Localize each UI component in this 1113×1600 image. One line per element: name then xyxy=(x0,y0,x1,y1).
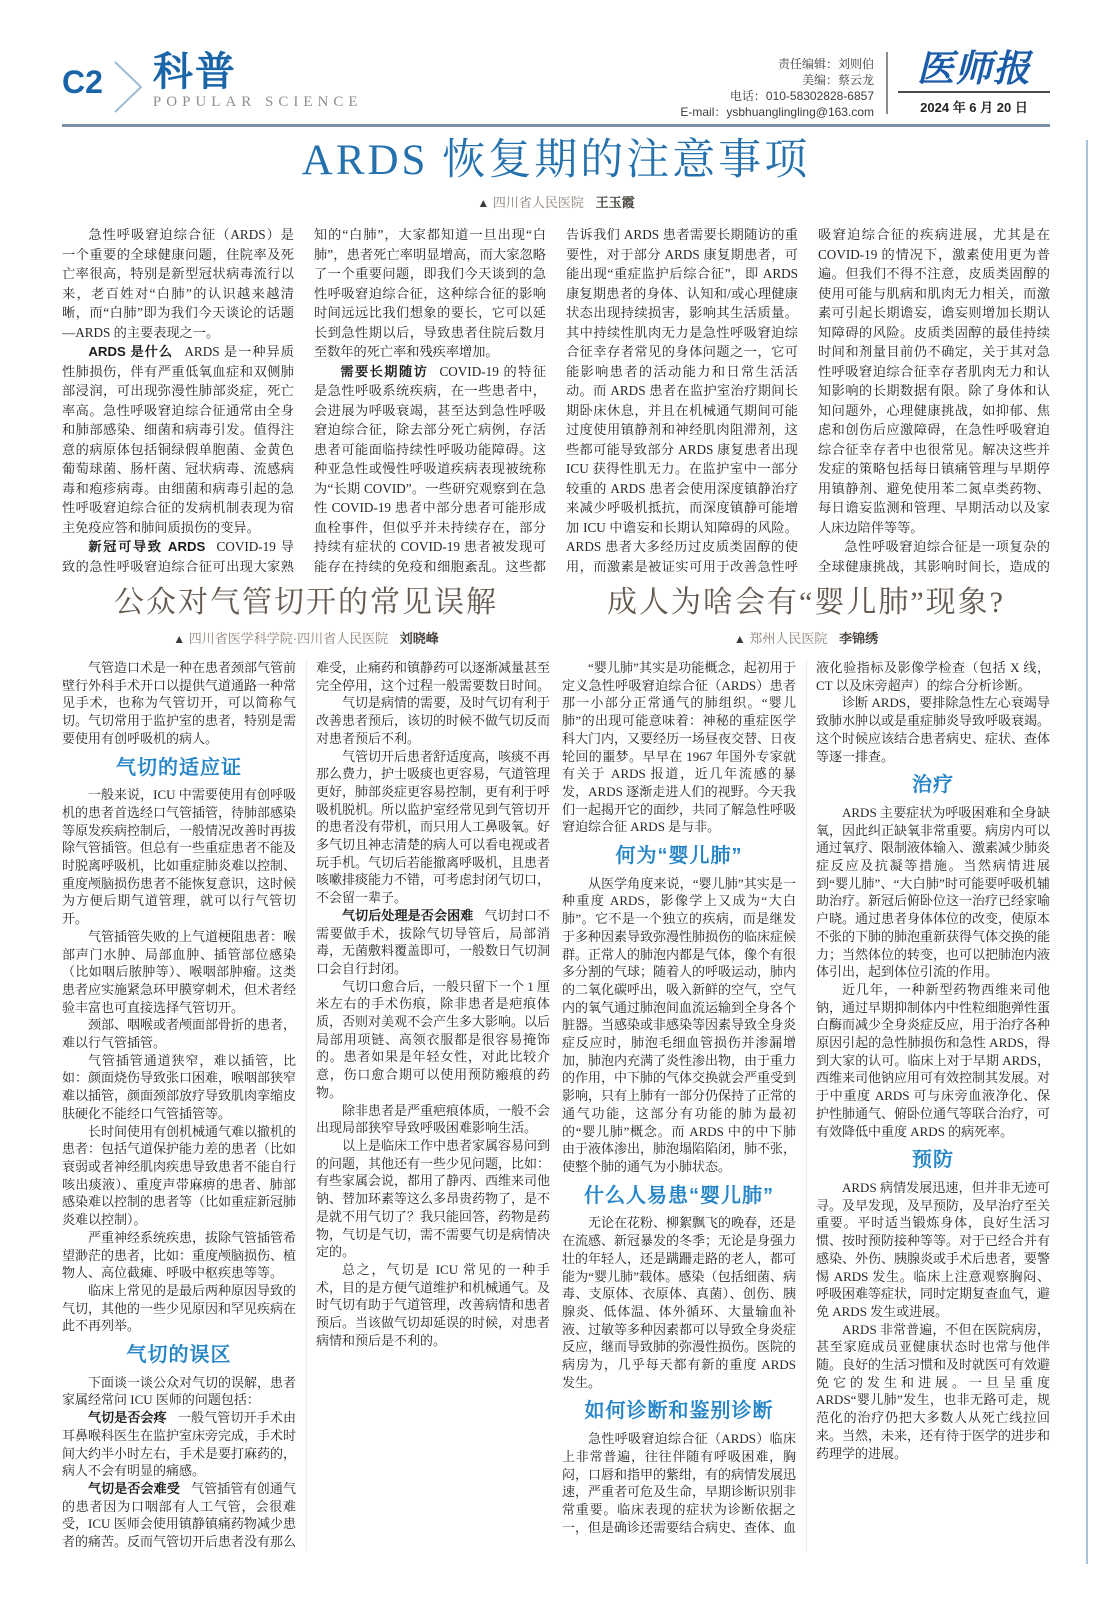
main-article-byline: ▲ 四川省人民医院 王玉霞 xyxy=(62,192,1050,211)
paragraph: 一般来说，ICU 中需要使用有创呼吸机的患者首选经口气管插管，待肺部感染等原发疾… xyxy=(62,786,296,928)
page-edge-rule xyxy=(1086,140,1088,1564)
right-article-byline: ▲ 郑州人民医院 李锦绣 xyxy=(562,628,1050,647)
paragraph-lead: 新冠可导致 ARDS xyxy=(88,539,205,554)
byline-organization: 四川省医学科学院·四川省人民医院 xyxy=(189,631,388,646)
column-subheading: 治疗 xyxy=(816,777,1050,795)
section-name-en: POPULAR SCIENCE xyxy=(153,94,363,111)
paragraph: “婴儿肺”其实是功能概念，起初用于定义急性呼吸窘迫综合征（ARDS）患者那一小部… xyxy=(562,659,796,836)
left-article-body: 气管造口术是一种在患者颈部气管前壁行外科手术开口以提供气道通路一种常见手术，也称… xyxy=(62,659,550,1551)
paragraph: 气切口愈合后，一般只留下一个 1 厘米左右的手术伤痕，除非患者是疤痕体质，否则对… xyxy=(316,978,550,1102)
paragraph: 气切是否会疼一般气管切开手术由耳鼻喉科医生在监护室床旁完成，手术时间大约半小时左… xyxy=(62,1409,296,1480)
paragraph: 近几年，一种新型药物西维来司他钠，通过早期抑制体内中性粒细胞弹性蛋白酶而减少全身… xyxy=(816,981,1050,1140)
paragraph-lead: 气切后处理是否会困难 xyxy=(342,908,473,923)
paragraph-lead: 需要长期随访 xyxy=(340,364,428,379)
right-article-title: 成人为啥会有“婴儿肺”现象? xyxy=(562,586,1050,620)
column-subheading: 气切的误区 xyxy=(62,1347,296,1365)
left-article-title: 公众对气管切开的常见误解 xyxy=(62,586,550,620)
byline-triangle-icon: ▲ xyxy=(477,196,489,210)
main-article: ARDS 恢复期的注意事项 ▲ 四川省人民医院 王玉霞 急性呼吸窘迫综合征（AR… xyxy=(62,138,1050,581)
column-subheading: 如何诊断和鉴别诊断 xyxy=(562,1403,796,1421)
main-article-title: ARDS 恢复期的注意事项 xyxy=(62,138,1050,184)
section-name-cn: 科普 xyxy=(153,52,363,92)
paragraph: ARDS 是什么ARDS 是一种异质性肺损伤，伴有严重低氧血症和双侧肺部浸润，可… xyxy=(62,342,294,537)
column-subheading: 气切的适应证 xyxy=(62,760,296,778)
paragraph: ARDS 病情发展迅速，但并非无迹可寻。及早发现，及早预防，及早治疗至关重要。平… xyxy=(816,1179,1050,1321)
paragraph: 气管切开后患者舒适度高，咳痰不再那么费力，护士吸痰也更容易，气道管理更好，肺部炎… xyxy=(316,748,550,907)
column-subheading: 何为“婴儿肺” xyxy=(562,848,796,866)
byline-organization: 四川省人民医院 xyxy=(493,195,584,210)
editor-line: 电话：010-58302828-6857 xyxy=(680,88,874,104)
masthead-logo: 医师报 xyxy=(898,48,1050,88)
paragraph: 气管造口术是一种在患者颈部气管前壁行外科手术开口以提供气道通路一种常见手术，也称… xyxy=(62,659,296,748)
header-rule xyxy=(62,124,1050,127)
byline-triangle-icon: ▲ xyxy=(173,632,185,646)
column-subheading: 预防 xyxy=(816,1152,1050,1170)
editor-line: E-mail：ysbhuanglingling@163.com xyxy=(680,104,874,120)
paragraph-lead: 气切是否会难受 xyxy=(88,1481,180,1496)
paragraph: 下面谈一谈公众对气切的误解，患者家属经常问 ICU 医师的问题包括： xyxy=(62,1374,296,1409)
paragraph: ARDS 主要症状为呼吸困难和全身缺氧，因此纠正缺氧非常重要。病房内可以通过氧疗… xyxy=(816,804,1050,981)
right-article-body: “婴儿肺”其实是功能概念，起初用于定义急性呼吸窘迫综合征（ARDS）患者那一小部… xyxy=(562,659,1050,1551)
paragraph: 以上是临床工作中患者家属容易问到的问题，其他还有一些少见问题，比如：有些家属会说… xyxy=(316,1137,550,1261)
paragraph: 无论在花粉、柳絮飘飞的晚春，还是在流感、新冠暴发的冬季；无论是身强力壮的年轻人，… xyxy=(562,1214,796,1391)
right-article: 成人为啥会有“婴儿肺”现象? ▲ 郑州人民医院 李锦绣 “婴儿肺”其实是功能概念… xyxy=(562,586,1050,1551)
byline-organization: 郑州人民医院 xyxy=(749,631,827,646)
section-banner: C2 科普 POPULAR SCIENCE xyxy=(62,52,363,116)
paragraph: 从医学角度来说，“婴儿肺”其实是一种重度 ARDS，影像学上又成为“大白肺”。它… xyxy=(562,875,796,1176)
masthead-block: 责任编辑：刘则伯 美编：蔡云龙 电话：010-58302828-6857 E-m… xyxy=(680,48,1050,120)
newspaper-page: C2 科普 POPULAR SCIENCE 责任编辑：刘则伯 美编：蔡云龙 电话… xyxy=(0,0,1113,1600)
paragraph: 气管插管通道狭窄，难以插管，比如：颜面烧伤导致张口困难，喉咽部狭窄难以插管，颜面… xyxy=(62,1052,296,1123)
paragraph: 颈部、咽喉或者颅面部骨折的患者，难以行气管插管。 xyxy=(62,1016,296,1051)
paragraph: 总之，气切是 ICU 常见的一种手术，目的是方便气道维护和机械通气。及时气切有助… xyxy=(316,1261,550,1350)
byline-author: 王玉霞 xyxy=(596,195,635,210)
page-number: C2 xyxy=(62,64,103,101)
chevron-icon xyxy=(111,58,151,116)
paragraph-lead: 气切是否会疼 xyxy=(88,1410,167,1425)
paragraph: 临床上常见的是最后两种原因导致的气切，其他的一些少见原因和罕见疾病在此不再列举。 xyxy=(62,1282,296,1335)
left-article-byline: ▲ 四川省医学科学院·四川省人民医院 刘晓峰 xyxy=(62,628,550,647)
paragraph: 除非患者是严重疤痕体质，一般不会出现局部狭窄导致呼吸困难影响生活。 xyxy=(316,1102,550,1137)
paragraph: 诊断 ARDS，要排除急性左心衰竭导致肺水肿以或是重症肺炎导致呼吸衰竭。这个时候… xyxy=(816,694,1050,765)
paragraph: 急性呼吸窘迫综合征（ARDS）是一个重要的全球健康问题，住院率及死亡率很高，特别… xyxy=(62,225,294,342)
header-divider xyxy=(886,52,888,114)
main-article-body: 急性呼吸窘迫综合征（ARDS）是一个重要的全球健康问题，住院率及死亡率很高，特别… xyxy=(62,225,1050,581)
paragraph: 严重神经系统疾患，拔除气管插管希望渺茫的患者，比如：重度颅脑损伤、植物人、高位截… xyxy=(62,1229,296,1282)
byline-author: 刘晓峰 xyxy=(400,631,439,646)
byline-triangle-icon: ▲ xyxy=(734,632,746,646)
paragraph: ARDS 非常普遍，不但在医院病房，甚至家庭成员亚健康状态时也常与他伴随。良好的… xyxy=(816,1321,1050,1463)
column-subheading: 什么人易患“婴儿肺” xyxy=(562,1188,796,1206)
section-name: 科普 POPULAR SCIENCE xyxy=(153,52,363,111)
page-header: C2 科普 POPULAR SCIENCE 责任编辑：刘则伯 美编：蔡云龙 电话… xyxy=(62,48,1050,122)
paragraph: 气切是病情的需要，及时气切有利于改善患者预后，该切的时候不做气切反而对患者预后不… xyxy=(316,694,550,747)
masthead: 医师报 2024 年 6 月 20 日 xyxy=(898,48,1050,116)
left-article: 公众对气管切开的常见误解 ▲ 四川省医学科学院·四川省人民医院 刘晓峰 气管造口… xyxy=(62,586,550,1551)
paragraph: 气切后处理是否会困难气切封口不需要做手术，拔除气切导管后，局部消毒，无菌敷料覆盖… xyxy=(316,907,550,978)
editor-line: 责任编辑：刘则伯 xyxy=(680,56,874,72)
paragraph: 气管插管失败的上气道梗阻患者：喉部声门水肿、局部血肿、插管部位感染（比如咽后脓肿… xyxy=(62,928,296,1017)
paragraph: 长时间使用有创机械通气难以撤机的患者：包括气道保护能力差的患者（比如衰弱或者神经… xyxy=(62,1123,296,1229)
issue-date: 2024 年 6 月 20 日 xyxy=(898,91,1050,116)
byline-author: 李锦绣 xyxy=(839,631,878,646)
editor-line: 美编：蔡云龙 xyxy=(680,72,874,88)
paragraph-lead: ARDS 是什么 xyxy=(88,344,173,359)
editor-info: 责任编辑：刘则伯 美编：蔡云龙 电话：010-58302828-6857 E-m… xyxy=(680,48,874,120)
